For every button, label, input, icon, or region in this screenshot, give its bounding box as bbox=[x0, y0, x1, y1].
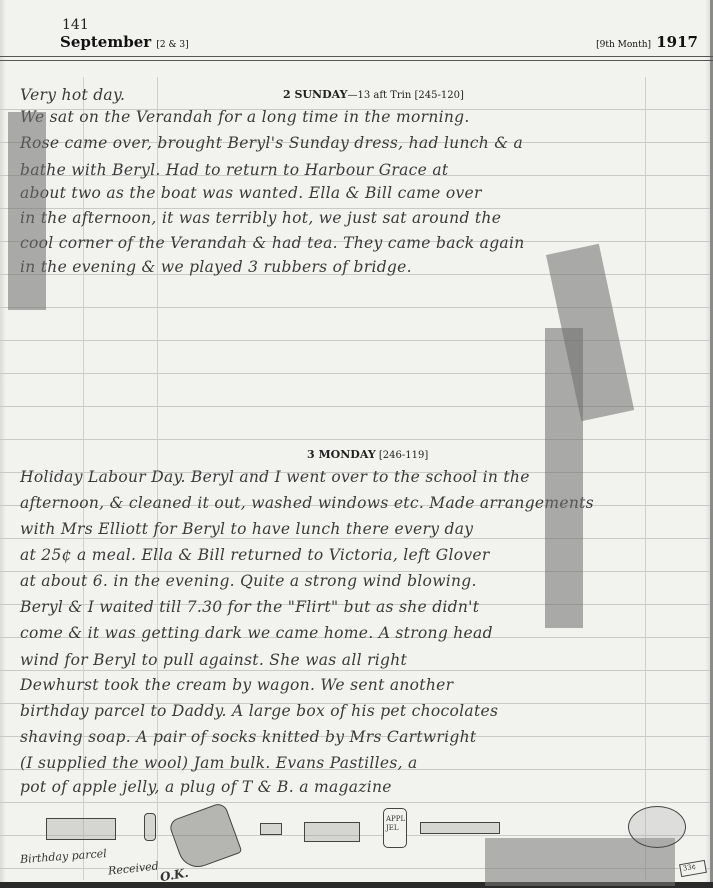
day-name: 2 SUNDAY bbox=[283, 88, 347, 101]
tape-mark bbox=[545, 328, 583, 628]
magazine-roll-sketch bbox=[628, 806, 686, 848]
entry-line: cool corner of the Verandah & had tea. T… bbox=[20, 234, 525, 252]
days-range: [2 & 3] bbox=[156, 40, 188, 50]
day-name: 3 MONDAY bbox=[307, 448, 376, 461]
entry-line: Rose came over, brought Beryl's Sunday d… bbox=[20, 134, 523, 152]
soap-tube-sketch bbox=[144, 813, 156, 841]
pastilles-tin-sketch bbox=[260, 823, 282, 835]
month-title: September [2 & 3] bbox=[60, 33, 189, 51]
entry-line: pot of apple jelly, a plug of T & B. a m… bbox=[20, 778, 392, 796]
entry-line: come & it was getting dark we came home.… bbox=[20, 624, 493, 642]
entry-line: afternoon, & cleaned it out, washed wind… bbox=[20, 494, 594, 512]
jam-box-sketch bbox=[304, 822, 360, 842]
entry-line: Dewhurst took the cream by wagon. We sen… bbox=[20, 676, 453, 694]
month-index: [9th Month] bbox=[596, 40, 651, 50]
entry-line: wind for Beryl to pull against. She was … bbox=[20, 651, 407, 669]
year: 1917 bbox=[656, 33, 698, 51]
entry-line: Very hot day. bbox=[20, 86, 125, 104]
entry-line: with Mrs Elliott for Beryl to have lunch… bbox=[20, 520, 473, 538]
diary-page: 141 September [2 & 3] [9th Month] 1917 2… bbox=[0, 0, 713, 888]
entry-line: about two as the boat was wanted. Ella &… bbox=[20, 184, 482, 202]
margin-rule bbox=[645, 77, 646, 880]
day-detail: —13 aft Trin [245-120] bbox=[347, 90, 463, 101]
entry-line: at 25¢ a meal. Ella & Bill returned to V… bbox=[20, 546, 490, 564]
entry-line: in the evening & we played 3 rubbers of … bbox=[20, 258, 412, 276]
jelly-jar-sketch: APPL JEL bbox=[383, 808, 407, 848]
jar-label: APPL JEL bbox=[386, 815, 404, 833]
entry-line: Beryl & I waited till 7.30 for the "Flir… bbox=[20, 598, 479, 616]
entry-line: Holiday Labour Day. Beryl and I went ove… bbox=[20, 468, 530, 486]
monday-heading: 3 MONDAY [246-119] bbox=[307, 448, 428, 461]
entry-line: bathe with Beryl. Had to return to Harbo… bbox=[20, 161, 448, 179]
entry-line: at about 6. in the evening. Quite a stro… bbox=[20, 572, 477, 590]
price-tag-label: 33¢ bbox=[682, 862, 697, 872]
month-name: September bbox=[60, 33, 151, 51]
entry-line: (I supplied the wool) Jam bulk. Evans Pa… bbox=[20, 754, 418, 772]
entry-line: We sat on the Verandah for a long time i… bbox=[20, 108, 470, 126]
page-number: 141 bbox=[62, 17, 89, 33]
entry-line: birthday parcel to Daddy. A large box of… bbox=[20, 702, 498, 720]
tape-mark bbox=[8, 112, 46, 310]
chocolate-box-sketch bbox=[46, 818, 116, 840]
entry-line: shaving soap. A pair of socks knitted by… bbox=[20, 728, 476, 746]
sunday-heading: 2 SUNDAY—13 aft Trin [245-120] bbox=[283, 88, 464, 101]
header-divider bbox=[0, 56, 713, 61]
day-detail: [246-119] bbox=[379, 450, 428, 461]
entry-line: in the afternoon, it was terribly hot, w… bbox=[20, 209, 501, 227]
year-heading: [9th Month] 1917 bbox=[596, 33, 698, 51]
tobacco-plug-sketch bbox=[420, 822, 500, 834]
